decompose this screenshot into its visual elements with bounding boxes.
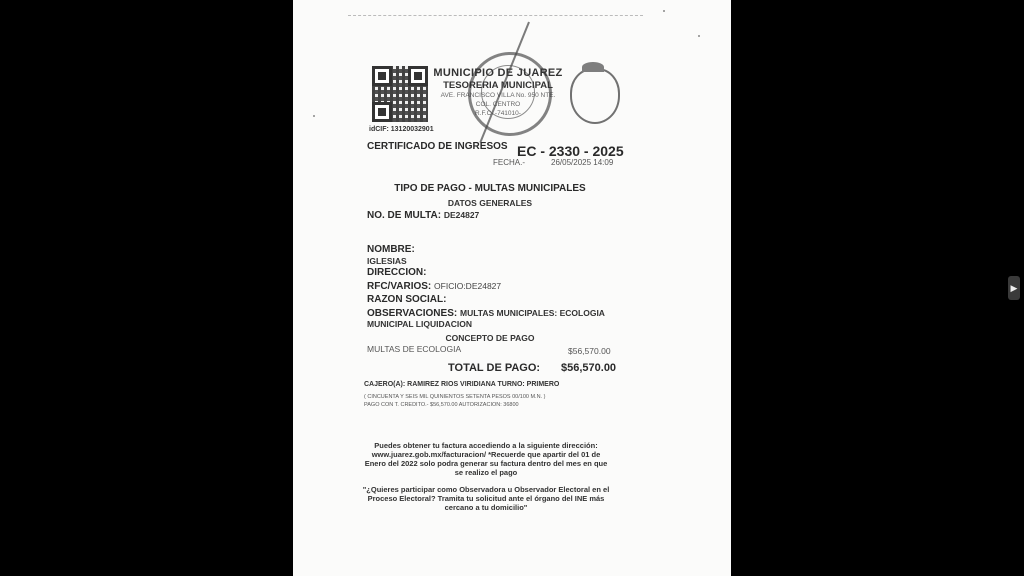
no-multa-label: NO. DE MULTA: [367, 210, 441, 221]
observaciones-label: OBSERVACIONES: [367, 308, 457, 319]
rfc-label: RFC/VARIOS: [367, 281, 431, 292]
scanned-receipt-page: idCIF: 13120032901 MUNICIPIO DE JUAREZ T… [293, 0, 731, 576]
cajero-info: CAJERO(A): RAMIREZ RIOS VIRIDIANA TURNO:… [364, 381, 559, 388]
payment-info: PAGO CON T. CREDITO.- $56,570.00 AUTORIZ… [364, 402, 519, 408]
folio-number: EC - 2330 - 2025 [517, 143, 624, 159]
direccion-label: DIRECCION: [367, 267, 426, 278]
nombre-label: NOMBRE: [367, 244, 415, 255]
dashed-rule [348, 15, 643, 16]
concepto-amount: $56,570.00 [568, 346, 611, 356]
fecha-value: 26/05/2025 14:09 [551, 158, 613, 167]
datos-generales-heading: DATOS GENERALES [293, 198, 687, 208]
factura-note: Puedes obtener tu factura accediendo a l… [361, 441, 611, 477]
document-title: CERTIFICADO DE INGRESOS [367, 141, 508, 152]
no-multa-value: DE24827 [444, 210, 479, 220]
concepto-heading: CONCEPTO DE PAGO [293, 333, 687, 343]
importe-en-letra: ( CINCUENTA Y SEIS MIL QUINIENTOS SETENT… [364, 394, 545, 400]
tipo-pago: TIPO DE PAGO - MULTAS MUNICIPALES [293, 183, 687, 194]
rfc-value: OFICIO:DE24827 [434, 281, 501, 291]
observaciones-value-1: MULTAS MUNICIPALES: ECOLOGIA [460, 308, 605, 318]
observaciones-value-2: MUNICIPAL LIQUIDACION [367, 319, 472, 329]
scan-speck [313, 115, 315, 117]
observaciones-row: OBSERVACIONES: MULTAS MUNICIPALES: ECOLO… [367, 308, 605, 319]
razon-social-label: RAZON SOCIAL: [367, 294, 446, 305]
ine-note: "¿Quieres participar como Observadora u … [361, 485, 611, 512]
coat-of-arms-icon [570, 68, 620, 124]
rfc-row: RFC/VARIOS: OFICIO:DE24827 [367, 281, 501, 292]
scan-speck [698, 35, 700, 37]
concepto-item: MULTAS DE ECOLOGIA [367, 344, 461, 354]
no-multa-row: NO. DE MULTA: DE24827 [367, 210, 479, 221]
next-page-button[interactable]: ▶ [1008, 276, 1020, 300]
total-label: TOTAL DE PAGO: [448, 362, 540, 374]
idcif-text: idCIF: 13120032901 [369, 126, 434, 133]
nombre-value: IGLESIAS [367, 256, 407, 266]
qr-code [372, 66, 428, 122]
scan-speck [663, 10, 665, 12]
fecha-label: FECHA.- [493, 158, 525, 167]
play-arrow-icon: ▶ [1011, 283, 1018, 294]
total-amount: $56,570.00 [561, 362, 616, 374]
